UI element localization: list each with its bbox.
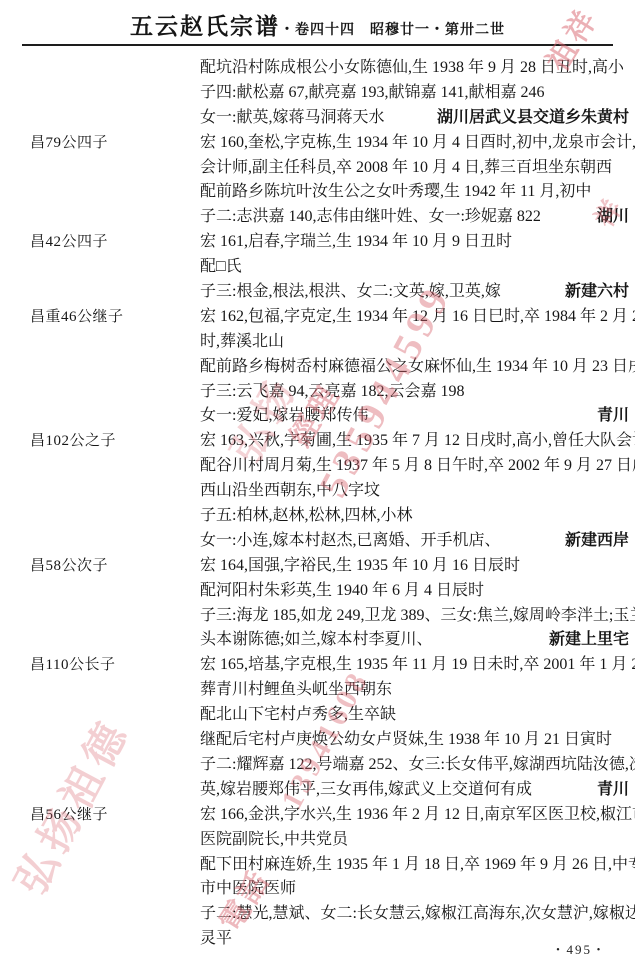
residence-note: 青川: [597, 404, 629, 429]
generation-label: 昌56公继子: [30, 803, 108, 828]
genealogy-line: 子二:慧光,慧斌、女二:长女慧云,嫁椒江高海东,次女慧沪,嫁椒达高: [0, 902, 635, 927]
genealogy-line: 市中医院医师: [0, 877, 635, 902]
entry-text: 子二:志洪嘉 140,志伟由继叶姓、女一:珍妮嘉 822: [200, 205, 541, 230]
entry-text: 时,葬溪北山: [200, 330, 284, 355]
genealogy-line: 女一:爱妃,嫁岩腰郑传伟 青川: [0, 404, 635, 429]
entry-text: 市中医院医师: [200, 877, 296, 902]
entry-text: 子五:柏林,赵林,松林,四林,小林: [200, 504, 412, 529]
genealogy-entries: 配坑沿村陈成根公小女陈德仙,生 1938 年 9 月 28 日丑时,高小 子四:…: [0, 56, 635, 952]
generation-label: 昌79公四子: [30, 131, 108, 156]
genealogy-page: 五云赵氏宗谱・卷四十四 昭穆廿一・第卅二世 配坑沿村陈成根公小女陈德仙,生 19…: [0, 0, 635, 968]
entry-text: 配坑沿村陈成根公小女陈德仙,生 1938 年 9 月 28 日丑时,高小: [200, 56, 624, 81]
residence-note: 新建上里宅: [549, 628, 629, 653]
entry-text: 会计师,副主任科员,卒 2008 年 10 月 4 日,葬三百坦坐东朝西: [200, 156, 612, 181]
genealogy-line: 英,嫁岩腰郑伟平,三女再伟,嫁武义上交道何有成 青川: [0, 778, 635, 803]
genealogy-line: 配下田村麻连娇,生 1935 年 1 月 18 日,卒 1969 年 9 月 2…: [0, 853, 635, 878]
entry-text: 女一:小连,嫁本村赵杰,已离婚、开手机店、: [200, 529, 500, 554]
entry-text: 女一:爱妃,嫁岩腰郑传伟: [200, 404, 368, 429]
genealogy-line: 女一:献英,嫁蒋马洞蒋天水 湖川居武义县交道乡朱黄村: [0, 106, 635, 131]
genealogy-line: 配河阳村朱彩英,生 1940 年 6 月 4 日辰时: [0, 579, 635, 604]
header-divider: [22, 44, 613, 46]
entry-text: 配北山下宅村卢秀多,生卒缺: [200, 703, 396, 728]
entry-text: 配前路乡陈坑叶汝生公之女叶秀璎,生 1942 年 11 月,初中: [200, 180, 591, 205]
genealogy-line: 子三:海龙 185,如龙 249,卫龙 389、三女:焦兰,嫁周岭李泮土;玉兰,…: [0, 604, 635, 629]
genealogy-line: 子四:献松嘉 67,献亮嘉 193,献锦嘉 141,献相嘉 246: [0, 81, 635, 106]
genealogy-line: 子二:志洪嘉 140,志伟由继叶姓、女一:珍妮嘉 822 湖川: [0, 205, 635, 230]
generation-label: 昌42公四子: [30, 230, 108, 255]
entry-text: 西山沿坐西朝东,中八字坟: [200, 479, 380, 504]
genealogy-line: 昌102公之子 宏 163,兴秋,字菊圃,生 1935 年 7 月 12 日戌时…: [0, 429, 635, 454]
entry-text: 灵平: [200, 927, 232, 952]
entry-text: 医院副院长,中共党员: [200, 828, 348, 853]
residence-note: 湖川: [597, 205, 629, 230]
genealogy-line: 配前路乡梅树岙村麻德福公之女麻怀仙,生 1934 年 10 月 23 日戌时: [0, 355, 635, 380]
genealogy-line: 子二:耀辉嘉 122,号端嘉 252、女三:长女伟平,嫁湖西坑陆汝德,次女伟: [0, 753, 635, 778]
entry-text: 子四:献松嘉 67,献亮嘉 193,献锦嘉 141,献相嘉 246: [200, 81, 544, 106]
genealogy-line: 子五:柏林,赵林,松林,四林,小林: [0, 504, 635, 529]
genealogy-line: 灵平: [0, 927, 635, 952]
genealogy-line: 继配后宅村卢庚焕公幼女卢贤妹,生 1938 年 10 月 21 日寅时: [0, 728, 635, 753]
entry-text: 配河阳村朱彩英,生 1940 年 6 月 4 日辰时: [200, 579, 484, 604]
genealogy-line: 昌110公长子 宏 165,培基,字克根,生 1935 年 11 月 19 日未…: [0, 653, 635, 678]
entry-text: 宏 166,金洪,字水兴,生 1936 年 2 月 12 日,南京军区医卫校,椒…: [200, 803, 635, 828]
genealogy-line: 配前路乡陈坑叶汝生公之女叶秀璎,生 1942 年 11 月,初中: [0, 180, 635, 205]
entry-text: 宏 165,培基,字克根,生 1935 年 11 月 19 日未时,卒 2001…: [200, 653, 635, 678]
entry-text: 宏 160,奎松,字克栋,生 1934 年 10 月 4 日酉时,初中,龙泉市会…: [200, 131, 635, 156]
book-title: 五云赵氏宗谱: [130, 14, 280, 39]
entry-text: 子二:耀辉嘉 122,号端嘉 252、女三:长女伟平,嫁湖西坑陆汝德,次女伟: [200, 753, 635, 778]
page-header: 五云赵氏宗谱・卷四十四 昭穆廿一・第卅二世: [0, 8, 635, 41]
generation-label: 昌58公次子: [30, 554, 108, 579]
genealogy-line: 子三:云飞嘉 94,云亮嘉 182,云会嘉 198: [0, 380, 635, 405]
entry-text: 配下田村麻连娇,生 1935 年 1 月 18 日,卒 1969 年 9 月 2…: [200, 853, 635, 878]
genealogy-line: 昌58公次子 宏 164,国强,字裕民,生 1935 年 10 月 16 日辰时: [0, 554, 635, 579]
genealogy-line: 昌重46公继子 宏 162,包福,字克定,生 1934 年 12 月 16 日巳…: [0, 305, 635, 330]
genealogy-line: 昌42公四子 宏 161,启春,字瑞兰,生 1934 年 10 月 9 日丑时: [0, 230, 635, 255]
entry-text: 葬青川村鲤鱼头屼坐西朝东: [200, 678, 392, 703]
entry-text: 女一:献英,嫁蒋马洞蒋天水: [200, 106, 384, 131]
entry-text: 继配后宅村卢庚焕公幼女卢贤妹,生 1938 年 10 月 21 日寅时: [200, 728, 612, 753]
genealogy-line: 葬青川村鲤鱼头屼坐西朝东: [0, 678, 635, 703]
genealogy-line: 医院副院长,中共党员: [0, 828, 635, 853]
genealogy-line: 头本谢陈德;如兰,嫁本村李夏川、 新建上里宅: [0, 628, 635, 653]
genealogy-line: 昌56公继子 宏 166,金洪,字水兴,生 1936 年 2 月 12 日,南京…: [0, 803, 635, 828]
genealogy-line: 时,葬溪北山: [0, 330, 635, 355]
entry-text: 子三:云飞嘉 94,云亮嘉 182,云会嘉 198: [200, 380, 464, 405]
genealogy-line: 昌79公四子 宏 160,奎松,字克栋,生 1934 年 10 月 4 日酉时,…: [0, 131, 635, 156]
residence-note: 新建六村: [565, 280, 629, 305]
volume-subtitle: ・卷四十四 昭穆廿一・第卅二世: [280, 23, 505, 38]
residence-note: 湖川居武义县交道乡朱黄村: [437, 106, 629, 131]
entry-text: 宏 161,启春,字瑞兰,生 1934 年 10 月 9 日丑时: [200, 230, 512, 255]
genealogy-line: 配□氏: [0, 255, 635, 280]
genealogy-line: 女一:小连,嫁本村赵杰,已离婚、开手机店、 新建西岸: [0, 529, 635, 554]
entry-text: 宏 163,兴秋,字菊圃,生 1935 年 7 月 12 日戌时,高小,曾任大队…: [200, 429, 635, 454]
entry-text: 头本谢陈德;如兰,嫁本村李夏川、: [200, 628, 432, 653]
generation-label: 昌重46公继子: [30, 305, 124, 330]
page-number: ・495・: [551, 939, 607, 958]
entry-text: 配谷川村周月菊,生 1937 年 5 月 8 日午时,卒 2002 年 9 月 …: [200, 454, 635, 479]
generation-label: 昌102公之子: [30, 429, 116, 454]
genealogy-line: 会计师,副主任科员,卒 2008 年 10 月 4 日,葬三百坦坐东朝西: [0, 156, 635, 181]
genealogy-line: 子三:根金,根法,根洪、女二:文英,嫁,卫英,嫁 新建六村: [0, 280, 635, 305]
entry-text: 宏 164,国强,字裕民,生 1935 年 10 月 16 日辰时: [200, 554, 520, 579]
entry-text: 宏 162,包福,字克定,生 1934 年 12 月 16 日巳时,卒 1984…: [200, 305, 635, 330]
entry-text: 子三:根金,根法,根洪、女二:文英,嫁,卫英,嫁: [200, 280, 501, 305]
entry-text: 配前路乡梅树岙村麻德福公之女麻怀仙,生 1934 年 10 月 23 日戌时: [200, 355, 635, 380]
genealogy-line: 西山沿坐西朝东,中八字坟: [0, 479, 635, 504]
entry-text: 子三:海龙 185,如龙 249,卫龙 389、三女:焦兰,嫁周岭李泮土;玉兰,…: [200, 604, 635, 629]
residence-note: 青川: [597, 778, 629, 803]
entry-text: 配□氏: [200, 255, 242, 280]
genealogy-line: 配北山下宅村卢秀多,生卒缺: [0, 703, 635, 728]
residence-note: 新建西岸: [565, 529, 629, 554]
genealogy-line: 配坑沿村陈成根公小女陈德仙,生 1938 年 9 月 28 日丑时,高小: [0, 56, 635, 81]
entry-text: 子二:慧光,慧斌、女二:长女慧云,嫁椒江高海东,次女慧沪,嫁椒达高: [200, 902, 635, 927]
entry-text: 英,嫁岩腰郑伟平,三女再伟,嫁武义上交道何有成: [200, 778, 532, 803]
generation-label: 昌110公长子: [30, 653, 115, 678]
genealogy-line: 配谷川村周月菊,生 1937 年 5 月 8 日午时,卒 2002 年 9 月 …: [0, 454, 635, 479]
